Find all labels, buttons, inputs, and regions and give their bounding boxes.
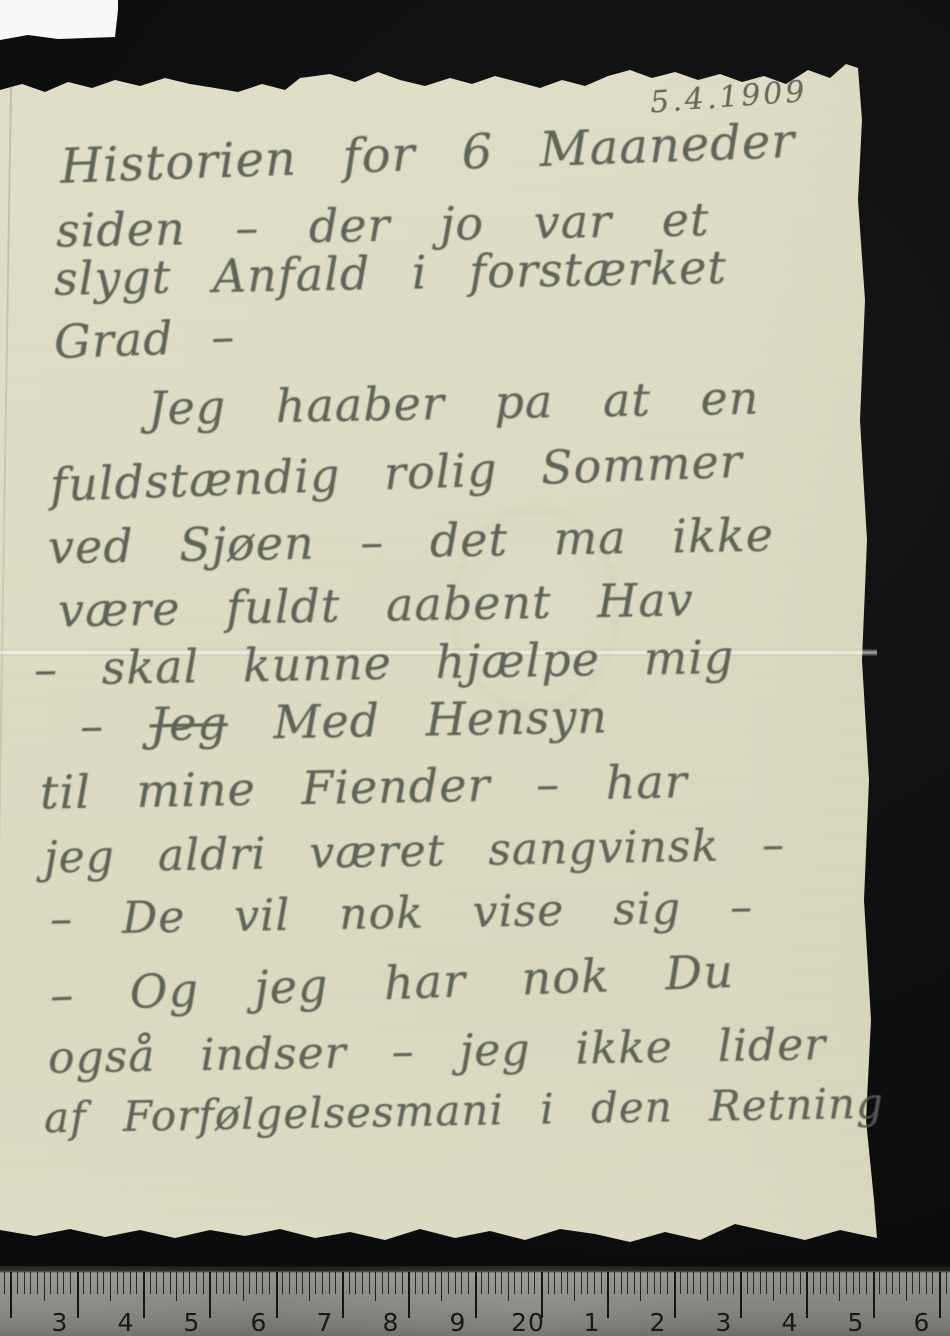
ruler-number: 5	[848, 1308, 865, 1336]
ruler-tick	[495, 1272, 496, 1294]
ruler-tick	[654, 1272, 655, 1294]
ruler-tick	[601, 1272, 602, 1294]
ruler-tick	[873, 1272, 875, 1318]
ruler-tick	[422, 1272, 423, 1294]
ruler-tick	[514, 1272, 515, 1294]
ruler-tick	[402, 1272, 403, 1294]
ruler-tick	[932, 1272, 933, 1294]
ruler-number: 6	[251, 1308, 268, 1336]
ruler-tick	[660, 1272, 661, 1294]
handwritten-text: Grad –	[53, 309, 236, 369]
ruler-tick	[315, 1272, 316, 1294]
ruler-tick	[17, 1272, 18, 1294]
ruler-tick	[647, 1272, 648, 1294]
ruler-tick	[309, 1272, 310, 1301]
ruler-tick	[435, 1272, 436, 1294]
ruler-tick	[375, 1272, 376, 1301]
ruler-tick	[627, 1272, 628, 1294]
archive-label-fragment	[0, 0, 118, 40]
ruler-tick	[203, 1272, 204, 1294]
ruler-tick	[468, 1272, 469, 1294]
ruler-tick	[461, 1272, 462, 1294]
ruler-tick	[926, 1272, 927, 1294]
ruler-tick	[833, 1272, 834, 1294]
ruler-tick	[123, 1272, 124, 1294]
ruler-tick	[216, 1272, 217, 1294]
ruler-tick	[919, 1272, 920, 1294]
ruler-tick	[899, 1272, 900, 1294]
ruler-tick	[906, 1272, 907, 1301]
ruler-tick	[587, 1272, 588, 1294]
ruler-tick	[382, 1272, 383, 1294]
ruler-tick	[10, 1272, 12, 1318]
ruler-tick	[680, 1272, 681, 1294]
ruler-tick	[77, 1272, 79, 1318]
scanned-letter-photo: 5.4.1909 Historien for 6 Maanedersiden –…	[0, 0, 950, 1336]
ruler-tick	[760, 1272, 761, 1294]
ruler-tick	[786, 1272, 787, 1294]
ruler-tick	[621, 1272, 622, 1294]
ruler-tick	[183, 1272, 184, 1294]
ruler-tick	[780, 1272, 781, 1294]
ruler-tick	[90, 1272, 91, 1294]
ruler-number: 7	[317, 1308, 334, 1336]
ruler-tick	[713, 1272, 714, 1294]
ruler-tick	[727, 1272, 728, 1294]
ruler-tick	[388, 1272, 389, 1294]
ruler-tick	[753, 1272, 754, 1294]
ruler-tick	[740, 1272, 742, 1318]
handwritten-line: være fuldt aabent Hav	[58, 572, 695, 637]
ruler-tick	[355, 1272, 356, 1294]
ruler-tick	[209, 1272, 211, 1318]
ruler-tick	[640, 1272, 641, 1301]
ruler-tick	[548, 1272, 549, 1294]
ruler-tick	[793, 1272, 794, 1294]
ruler-tick	[57, 1272, 58, 1294]
ruler-tick	[30, 1272, 31, 1294]
ruler-number: 8	[383, 1308, 400, 1336]
ruler-tick	[687, 1272, 688, 1294]
ruler-number: 9	[450, 1308, 467, 1336]
handwritten-line: Grad –	[53, 309, 236, 369]
ruler-number: 4	[118, 1308, 135, 1336]
ruler-tick	[189, 1272, 190, 1294]
ruler-tick	[879, 1272, 880, 1294]
ruler-tick	[282, 1272, 283, 1294]
ruler-tick	[63, 1272, 64, 1294]
ruler-tick	[236, 1272, 237, 1294]
ruler-number: 3	[52, 1308, 69, 1336]
ruler-tick	[567, 1272, 568, 1294]
ruler-tick	[693, 1272, 694, 1294]
ruler-tick	[853, 1272, 854, 1294]
ruler-tick	[415, 1272, 416, 1294]
handwritten-text: –	[80, 697, 151, 752]
ruler-tick	[674, 1272, 676, 1318]
ruler-tick	[70, 1272, 71, 1294]
ruler-tick	[912, 1272, 913, 1294]
ruler-tick	[276, 1272, 278, 1318]
ruler-tick	[329, 1272, 330, 1294]
handwritten-line: Jeg haaber pa at en	[148, 371, 760, 436]
struck-word: Jeg	[149, 696, 228, 751]
ruler-tick	[766, 1272, 767, 1294]
ruler-tick	[136, 1272, 137, 1294]
ruler-tick	[747, 1272, 748, 1294]
ruler-tick	[83, 1272, 84, 1294]
ruler-tick	[44, 1272, 45, 1301]
ruler-tick	[607, 1272, 609, 1318]
ruler-tick	[773, 1272, 774, 1301]
ruler-tick	[481, 1272, 482, 1294]
ruler-tick	[800, 1272, 801, 1294]
ruler-tick	[335, 1272, 336, 1294]
ruler-tick	[554, 1272, 555, 1294]
ruler-tick	[110, 1272, 111, 1301]
ruler-tick	[614, 1272, 615, 1294]
ruler-tick	[561, 1272, 562, 1294]
ruler-tick	[528, 1272, 529, 1294]
ruler-tick	[428, 1272, 429, 1294]
ruler-tick	[448, 1272, 449, 1294]
ruler-tick	[143, 1272, 145, 1318]
ruler-tick	[508, 1272, 509, 1301]
ruler-tick	[866, 1272, 867, 1294]
ruler-tick	[170, 1272, 171, 1294]
ruler-number: 3	[716, 1308, 733, 1336]
ruler-tick	[441, 1272, 442, 1301]
ruler-tick	[820, 1272, 821, 1294]
ruler-tick	[223, 1272, 224, 1294]
ruler-tick	[302, 1272, 303, 1294]
ruler-tick	[150, 1272, 151, 1294]
ruler-tick	[349, 1272, 350, 1294]
ruler-tick	[939, 1272, 941, 1318]
ruler-tick	[475, 1272, 477, 1318]
ruler-tick	[886, 1272, 887, 1294]
ruler-tick	[156, 1272, 157, 1294]
ruler-tick	[50, 1272, 51, 1294]
ruler-tick	[369, 1272, 370, 1294]
ruler-tick	[813, 1272, 814, 1294]
ruler-tick	[946, 1272, 947, 1294]
ruler-tick	[594, 1272, 595, 1294]
ruler-tick	[846, 1272, 847, 1294]
handwritten-text: Jeg haaber pa at en	[148, 371, 760, 436]
ruler-tick	[501, 1272, 502, 1294]
handwritten-text: være fuldt aabent Hav	[58, 572, 695, 637]
ruler-tick	[196, 1272, 197, 1294]
ruler-tick	[892, 1272, 893, 1294]
ruler-number: 4	[782, 1308, 799, 1336]
ruler-tick	[289, 1272, 290, 1294]
ruler-tick	[322, 1272, 323, 1294]
ruler-tick	[534, 1272, 535, 1294]
ruler-tick	[574, 1272, 575, 1301]
ruler-tick	[581, 1272, 582, 1294]
ruler-tick	[24, 1272, 25, 1294]
ruler-tick	[130, 1272, 131, 1294]
ruler-tick	[256, 1272, 257, 1294]
ruler-tick	[269, 1272, 270, 1294]
ruler-tick	[733, 1272, 734, 1294]
ruler-tick	[700, 1272, 701, 1294]
ruler-tick	[408, 1272, 410, 1318]
ruler-tick	[362, 1272, 363, 1294]
handwritten-text: til mine Fiender – har	[40, 754, 689, 819]
ruler-tick	[634, 1272, 635, 1294]
ruler-tick	[395, 1272, 396, 1294]
ruler-tick	[103, 1272, 104, 1294]
ruler-tick	[262, 1272, 263, 1294]
ruler-tick	[342, 1272, 344, 1318]
ruler-tick	[806, 1272, 808, 1318]
ruler-tick	[243, 1272, 244, 1301]
ruler-tick	[37, 1272, 38, 1294]
ruler-tick	[249, 1272, 250, 1294]
ruler-number: 6	[914, 1308, 931, 1336]
ruler-tick	[117, 1272, 118, 1294]
ruler-tick	[707, 1272, 708, 1301]
ruler-tick	[229, 1272, 230, 1294]
ruler-number: 1	[584, 1308, 601, 1336]
ruler-number: 2	[650, 1308, 667, 1336]
handwritten-line: til mine Fiender – har	[40, 754, 689, 819]
handwritten-text: Med Hensyn	[227, 689, 608, 750]
centimeter-ruler: 345678920123456	[0, 1266, 950, 1336]
ruler-tick	[859, 1272, 860, 1294]
ruler-tick	[826, 1272, 827, 1294]
ruler-tick	[667, 1272, 668, 1294]
ruler-tick	[488, 1272, 489, 1294]
ruler-tick	[176, 1272, 177, 1301]
ruler-number: 5	[184, 1308, 201, 1336]
ruler-tick	[163, 1272, 164, 1294]
ruler-tick	[296, 1272, 297, 1294]
ruler-tick	[839, 1272, 840, 1301]
ruler-tick	[97, 1272, 98, 1294]
ruler-tick	[720, 1272, 721, 1294]
ruler-tick	[455, 1272, 456, 1294]
ruler-tick	[4, 1272, 5, 1294]
ruler-number: 20	[511, 1308, 545, 1336]
ruler-tick	[521, 1272, 522, 1294]
handwritten-line: – Jeg Med Hensyn	[80, 689, 609, 752]
